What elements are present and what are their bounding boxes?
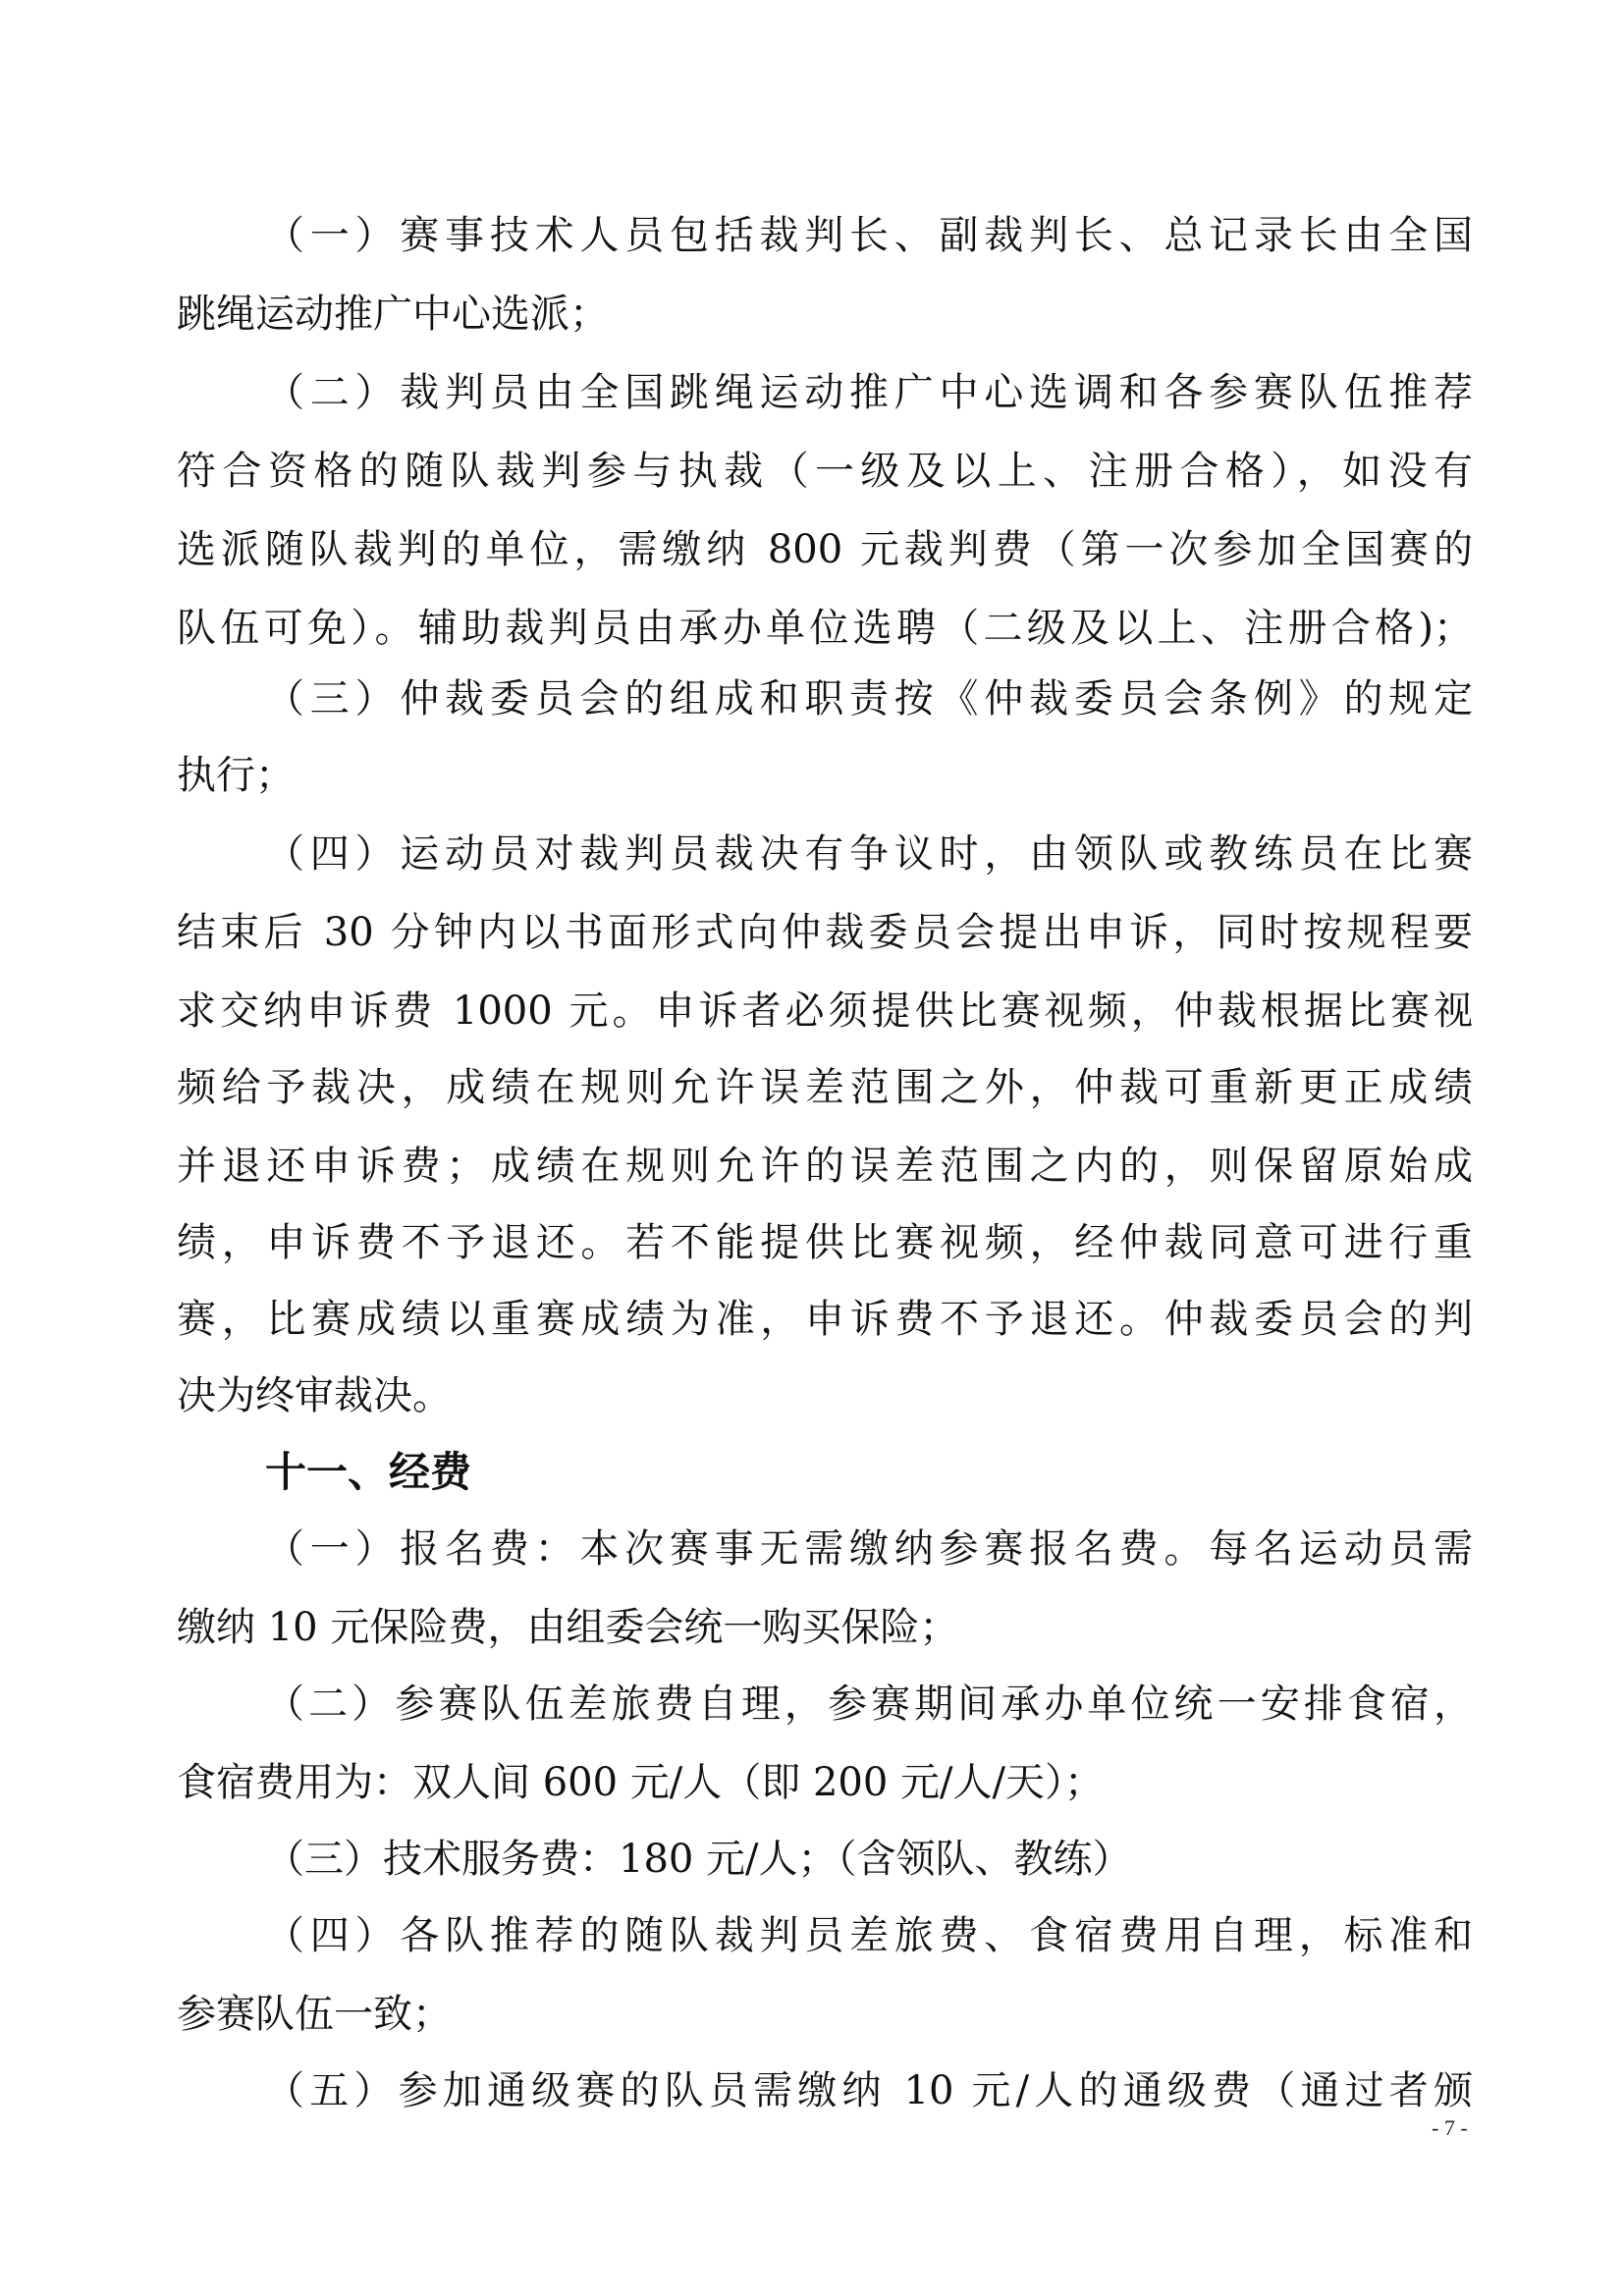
paragraph-line: 选派随队裁判的单位，需缴纳 800 元裁判费（第一次参加全国赛的 (177, 526, 1473, 573)
paragraph-line: （五）参加通级赛的队员需缴纳 10 元/人的通级费（通过者颁 (265, 2067, 1473, 2114)
page-number: - 7 - (1432, 2115, 1468, 2141)
paragraph-line: 求交纳申诉费 1000 元。申诉者必须提供比赛视频，仲裁根据比赛视 (177, 988, 1473, 1035)
paragraph-line: 决为终审裁决。 (177, 1372, 1473, 1419)
paragraph-line: 并退还申诉费；成绩在规则允许的误差范围之内的，则保留原始成 (177, 1143, 1473, 1190)
paragraph-line: 赛，比赛成绩以重赛成绩为准，申诉费不予退还。仲裁委员会的判 (177, 1296, 1473, 1343)
paragraph-line: （一）赛事技术人员包括裁判长、副裁判长、总记录长由全国 (265, 212, 1473, 259)
paragraph-line: （四）运动员对裁判员裁决有争议时，由领队或教练员在比赛 (265, 830, 1473, 878)
paragraph-line: （三）仲裁委员会的组成和职责按《仲裁委员会条例》的规定 (265, 675, 1473, 722)
paragraph-line: （四）各队推荐的随队裁判员差旅费、食宿费用自理，标准和 (265, 1912, 1473, 1959)
section-heading: 十一、经费 (265, 1449, 471, 1496)
paragraph-line: （一）报名费：本次赛事无需缴纳参赛报名费。每名运动员需 (265, 1525, 1473, 1573)
document-page: （一）赛事技术人员包括裁判长、副裁判长、总记录长由全国 跳绳运动推广中心选派； … (0, 0, 1624, 2296)
paragraph-line: （三）技术服务费：180 元/人；（含领队、教练） (265, 1836, 1473, 1883)
paragraph-line: 缴纳 10 元保险费，由组委会统一购买保险； (177, 1604, 1473, 1651)
paragraph-line: 符合资格的随队裁判参与执裁（一级及以上、注册合格），如没有 (177, 448, 1473, 495)
paragraph-line: 食宿费用为：双人间 600 元/人（即 200 元/人/天）； (177, 1759, 1473, 1806)
paragraph-line: （二）裁判员由全国跳绳运动推广中心选调和各参赛队伍推荐 (265, 369, 1473, 416)
paragraph-line: 绩，申诉费不予退还。若不能提供比赛视频，经仲裁同意可进行重 (177, 1219, 1473, 1266)
paragraph-line: 跳绳运动推广中心选派； (177, 291, 1473, 338)
paragraph-line: 参赛队伍一致； (177, 1991, 1473, 2038)
paragraph-line: 结束后 30 分钟内以书面形式向仲裁委员会提出申诉，同时按规程要 (177, 909, 1473, 956)
paragraph-line: 频给予裁决，成绩在规则允许误差范围之外，仲裁可重新更正成绩 (177, 1064, 1473, 1111)
paragraph-line: （二）参赛队伍差旅费自理，参赛期间承办单位统一安排食宿， (265, 1681, 1473, 1728)
paragraph-line: 队伍可免）。辅助裁判员由承办单位选聘（二级及以上、注册合格)； (177, 605, 1473, 652)
paragraph-line: 执行； (177, 752, 1473, 799)
